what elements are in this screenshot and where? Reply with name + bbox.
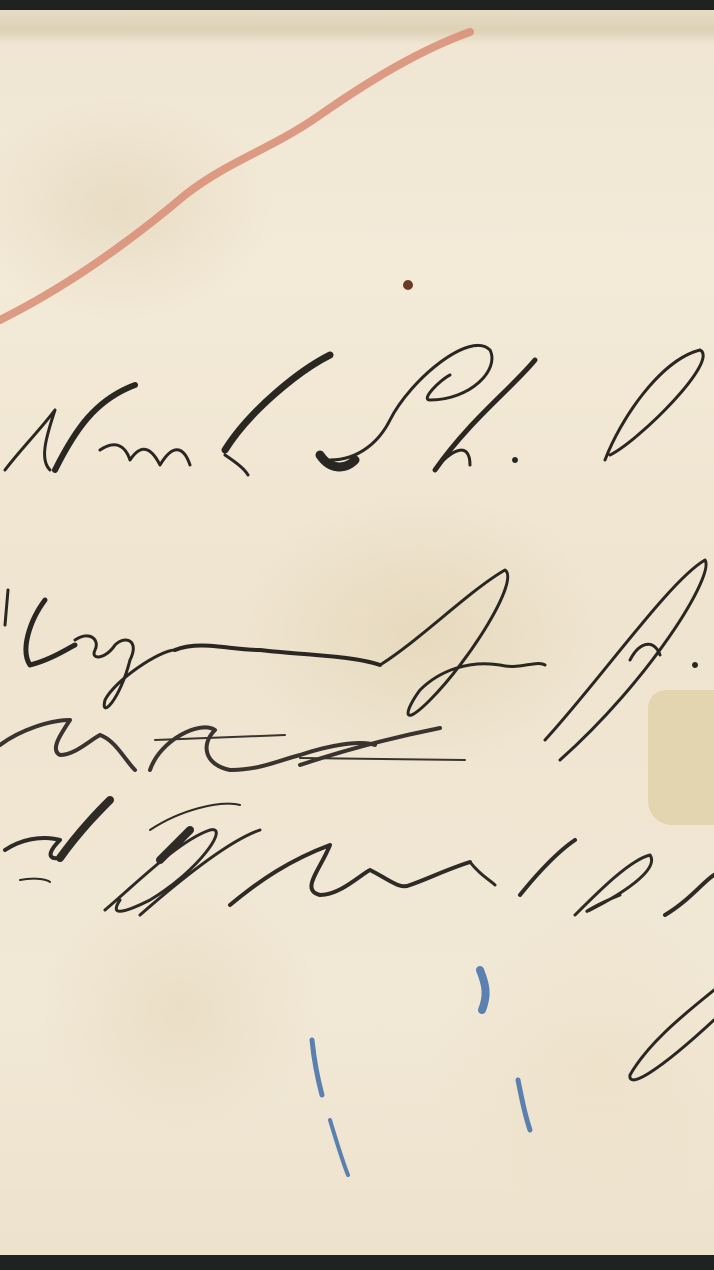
line1-strokes — [5, 345, 703, 475]
blue-ink-marks — [312, 970, 530, 1175]
line4-strokes — [5, 800, 714, 915]
red-crayon-line — [0, 32, 470, 320]
line2-strokes — [5, 560, 706, 760]
handwriting-strokes — [0, 10, 714, 1255]
loop-stroke — [630, 990, 714, 1080]
envelope-paper: …lbrecht Ch. O… …lagemester J. Modtaget … — [0, 10, 714, 1255]
line3-strokes — [0, 720, 465, 770]
